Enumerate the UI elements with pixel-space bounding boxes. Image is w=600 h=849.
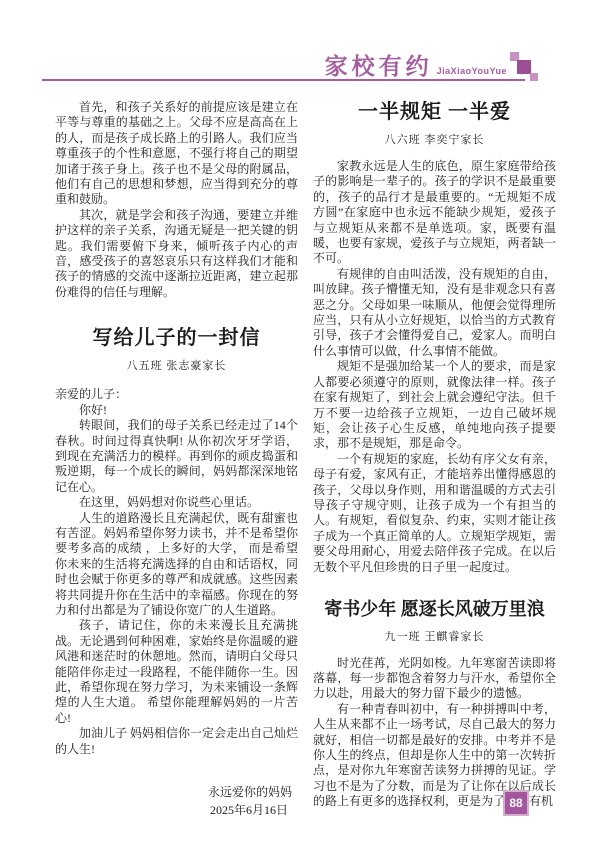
page-header: 家校有约 JiaXiaoYouYue: [42, 48, 555, 88]
intro-paragraph: 其次，就是学会和孩子沟通，要建立并维护这样的亲子关系，沟通无疑是一把关键的钥匙。…: [55, 208, 298, 300]
article-paragraph: 一个有规矩的家庭，长幼有序父女有亲，母子有爱，家风有正，才能培养出懂得感恩的孩子…: [313, 452, 556, 575]
left-column: 首先，和孩子关系好的前提应该是建立在平等与尊重的基础之上。父母不应是高高在上的人…: [55, 100, 298, 809]
decor-square-icon: [530, 73, 538, 81]
article-paragraph: 规矩不是强加给某一个人的要求，而是家人都要必须遵守的原则，就像法律一样。孩子在家…: [313, 359, 556, 451]
decor-square-icon: [517, 60, 531, 74]
letter-date: 2025年6月16日: [55, 801, 298, 819]
header-title-group: 家校有约 JiaXiaoYouYue: [325, 48, 507, 81]
article-paragraph: 家教永远是人生的底色，原生家庭带给孩子的影响是一辈子的。孩子的学识不是最重要的，…: [313, 159, 556, 267]
article-byline: 八六班 李奕宁家长: [313, 131, 556, 147]
letter-paragraph: 人生的道路漫长且充满起伏，既有甜蜜也有苦涩。妈妈希望你努力读书，并不是希望你要考…: [55, 511, 298, 619]
letter-salutation: 亲爱的儿子：: [55, 387, 298, 402]
header-divider: [42, 79, 525, 81]
article-title: 一半规矩 一半爱: [313, 100, 556, 124]
letter-signature: 永远爱你的妈妈: [55, 783, 298, 801]
page-number-badge: 88: [503, 790, 529, 816]
article-paragraph: 有规律的自由叫活泼，没有规矩的自由，叫放肆。孩子懵懂无知，没有是非观念只有喜恶之…: [313, 267, 556, 359]
right-column: 一半规矩 一半爱 八六班 李奕宁家长 家教永远是人生的底色，原生家庭带给孩子的影…: [313, 100, 556, 809]
article-byline: 八五班 张志豪家长: [55, 357, 298, 373]
letter-paragraph: 转眼间，我们的母子关系已经走过了14个春秋。时间过得真快啊! 从你初次牙牙学语，…: [55, 418, 298, 495]
letter-paragraph: 在这里，妈妈想对你说些心里话。: [55, 495, 298, 510]
article-paragraph: 时光荏苒，光阴如梭。九年寒窗苦读即将落幕，每一步都饱含着努力与汗水，希望你全力以…: [313, 656, 556, 702]
magazine-page: 家校有约 JiaXiaoYouYue 首先，和孩子关系好的前提应该是建立在平等与…: [0, 0, 600, 849]
letter-paragraph: 加油儿子 妈妈相信你一定会走出自己灿烂的人生!: [55, 726, 298, 757]
article-title: 寄书少年 愿逐长风破万里浪: [313, 599, 556, 621]
content-columns: 首先，和孩子关系好的前提应该是建立在平等与尊重的基础之上。父母不应是高高在上的人…: [55, 100, 555, 809]
letter-article-header: 写给儿子的一封信 八五班 张志豪家长: [55, 326, 298, 373]
section-title-pinyin: JiaXiaoYouYue: [437, 66, 507, 76]
section-title: 家校有约: [325, 48, 433, 81]
article-title: 写给儿子的一封信: [55, 326, 298, 350]
letter-paragraph: 你好!: [55, 403, 298, 418]
letter-signature-block: 永远爱你的妈妈 2025年6月16日: [55, 783, 298, 819]
letter-paragraph: 孩子，请记住，你的未来漫长且充满挑战。无论遇到何种困难，家始终是你温暖的避风港和…: [55, 618, 298, 726]
article-byline: 九一班 王麒睿家长: [313, 628, 556, 644]
intro-paragraph: 首先，和孩子关系好的前提应该是建立在平等与尊重的基础之上。父母不应是高高在上的人…: [55, 100, 298, 208]
